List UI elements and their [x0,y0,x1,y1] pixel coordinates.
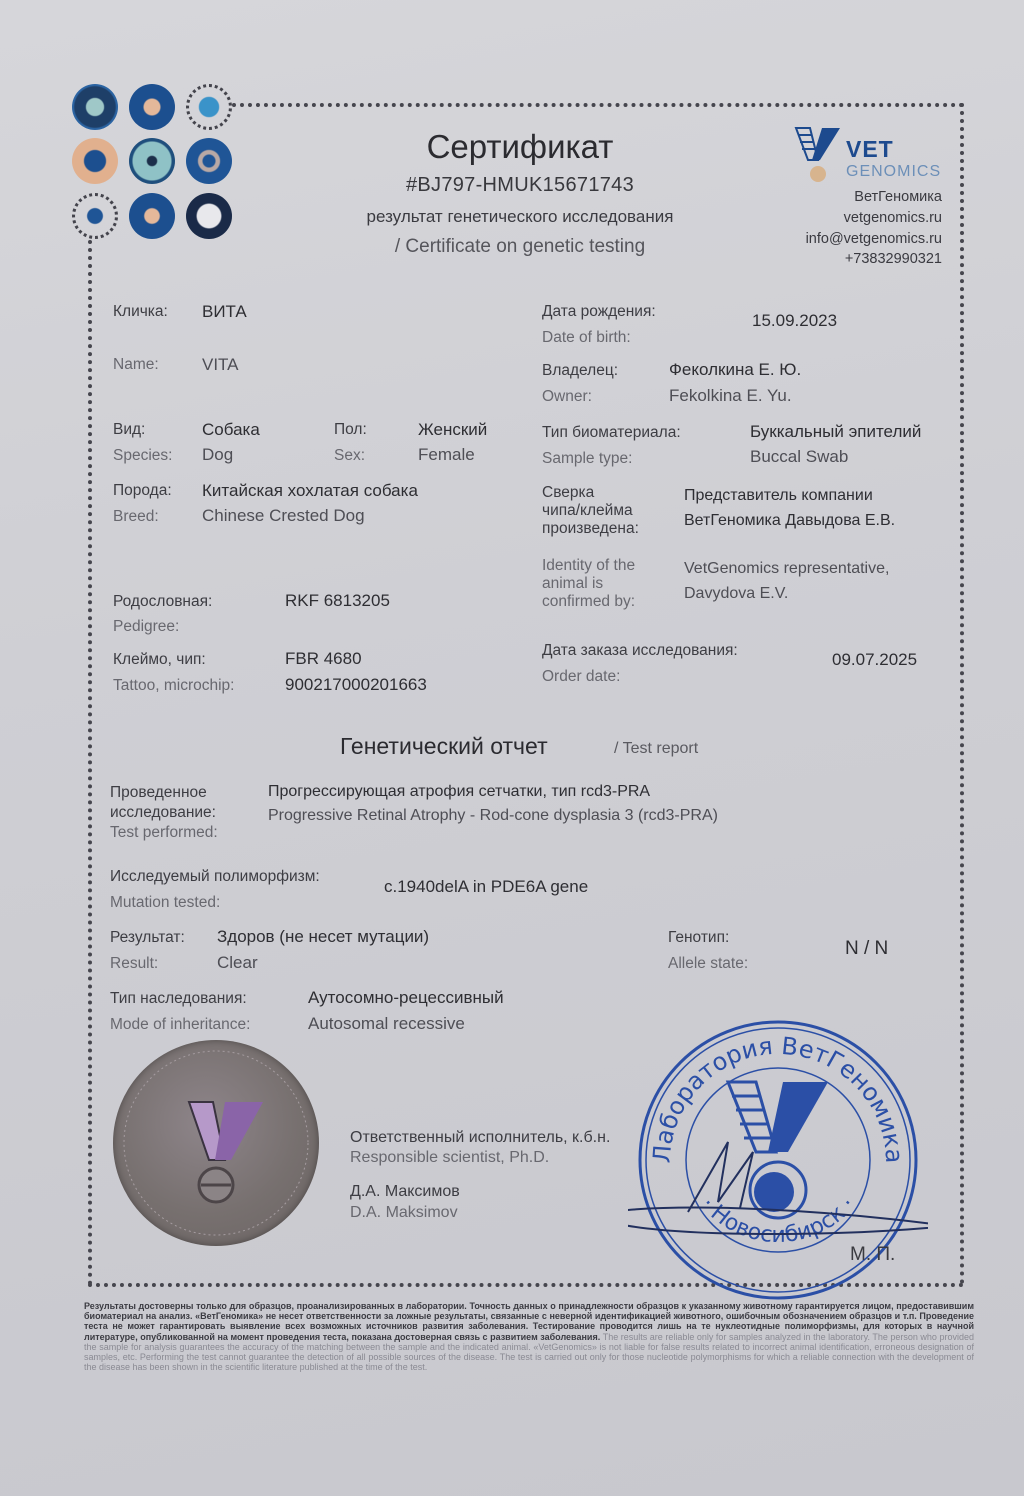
breed-value-en: Chinese Crested Dog [202,506,365,526]
genotype-label-ru: Генотип: [668,929,729,947]
test-value-en: Progressive Retinal Atrophy - Rod-cone d… [268,807,718,825]
breed-value-ru: Китайская хохлатая собака [202,481,418,501]
mutation-value: c.1940delA in PDE6A gene [384,877,588,897]
pedigree-label-ru: Родословная: [113,593,212,611]
company-name: ВетГеномика [854,189,942,205]
order-date-label-en: Order date: [542,668,620,686]
test-value-ru: Прогрессирующая атрофия сетчатки, тип rc… [268,783,650,801]
scientist-name-en: D.A. Maksimov [350,1204,458,1222]
result-value-en: Clear [217,953,258,973]
dob-label-en: Date of birth: [542,329,631,347]
owner-label-en: Owner: [542,388,592,406]
identity-value-en: VetGenomics representative, Davydova E.V… [684,556,889,606]
order-date-value: 09.07.2025 [832,650,917,670]
genotype-label-en: Allele state: [668,955,748,973]
sample-label-en: Sample type: [542,450,632,468]
scientist-role-ru: Ответственный исполнитель, к.б.н. [350,1129,610,1147]
inheritance-value-ru: Аутосомно-рецессивный [308,988,504,1008]
frame-border-left [88,240,92,1286]
result-label-en: Result: [110,955,158,973]
identity-label-en: Identity of the animal is confirmed by: [542,557,635,611]
laboratory-stamp-icon: Лаборатория ВетГеномика · Новосибирск · … [628,1012,928,1302]
sex-value-en: Female [418,445,475,465]
species-value-ru: Собака [202,420,260,440]
svg-text:М. П.: М. П. [850,1244,895,1265]
report-title: Генетический отчет [340,733,548,760]
logo-text-vet: VET [846,136,894,163]
scientist-name-ru: Д.А. Максимов [350,1183,460,1201]
name-value-ru: ВИТА [202,302,247,322]
certificate-subtitle-en: / Certificate on genetic testing [320,236,720,258]
sex-label-en: Sex: [334,447,365,465]
logo-text-genomics: GENOMICS [846,163,941,181]
identity-label-ru: Сверка чипа/клейма произведена: [542,484,639,538]
certificate-subtitle-ru: результат генетического исследования [320,207,720,227]
certificate-title: Сертификат [320,128,720,166]
disclaimer-text: Результаты достоверны только для образцо… [84,1301,974,1372]
test-label: Проведенное исследование: Test performed… [110,783,218,843]
result-label-ru: Результат: [110,929,185,947]
name-value-en: VITA [202,355,239,375]
pedigree-label-en: Pedigree: [113,618,179,636]
frame-border-right [960,103,964,1285]
species-label-ru: Вид: [113,421,145,439]
tattoo-label-en: Tattoo, microchip: [113,677,234,695]
genotype-value: N / N [845,938,888,960]
name-label-en: Name: [113,356,159,374]
dob-label-ru: Дата рождения: [542,303,656,321]
owner-value-en: Fekolkina E. Yu. [669,386,792,406]
company-phone: +73832990321 [845,251,942,267]
sample-value-en: Buccal Swab [750,447,848,467]
sample-label-ru: Тип биоматериала: [542,424,681,442]
inheritance-label-en: Mode of inheritance: [110,1016,250,1034]
certificate-page: Сертификат #BJ797-HMUK15671743 результат… [0,0,1024,1496]
owner-value-ru: Феколкина Е. Ю. [669,360,801,380]
inheritance-label-ru: Тип наследования: [110,990,247,1008]
breed-label-en: Breed: [113,508,159,526]
order-date-label-ru: Дата заказа исследования: [542,642,738,660]
report-subtitle: / Test report [614,740,698,758]
sample-value-ru: Буккальный эпителий [750,422,921,442]
breed-label-ru: Порода: [113,482,172,500]
company-website[interactable]: vetgenomics.ru [844,210,942,226]
name-label-ru: Кличка: [113,303,168,321]
species-label-en: Species: [113,447,172,465]
scientist-role-en: Responsible scientist, Ph.D. [350,1149,549,1167]
microchip-value: 900217000201663 [285,675,427,695]
certificate-number: #BJ797-HMUK15671743 [320,174,720,197]
identity-value-ru: Представитель компании ВетГеномика Давыд… [684,483,895,533]
pedigree-value: RKF 6813205 [285,591,390,611]
hologram-seal [113,1040,319,1246]
sex-label-ru: Пол: [334,421,367,439]
species-value-en: Dog [202,445,233,465]
hologram-v-icon [113,1040,319,1246]
company-email[interactable]: info@vetgenomics.ru [806,231,942,247]
vetgenomics-logo-icon [794,126,842,186]
result-value-ru: Здоров (не несет мутации) [217,927,429,947]
inheritance-value-en: Autosomal recessive [308,1014,465,1034]
tattoo-label-ru: Клеймо, чип: [113,651,206,669]
tattoo-value: FBR 4680 [285,649,362,669]
dob-value: 15.09.2023 [752,311,837,331]
frame-border-top [232,103,964,107]
owner-label-ru: Владелец: [542,362,618,380]
mutation-label-ru: Исследуемый полиморфизм: [110,868,320,886]
sex-value-ru: Женский [418,420,487,440]
mutation-label-en: Mutation tested: [110,894,220,912]
